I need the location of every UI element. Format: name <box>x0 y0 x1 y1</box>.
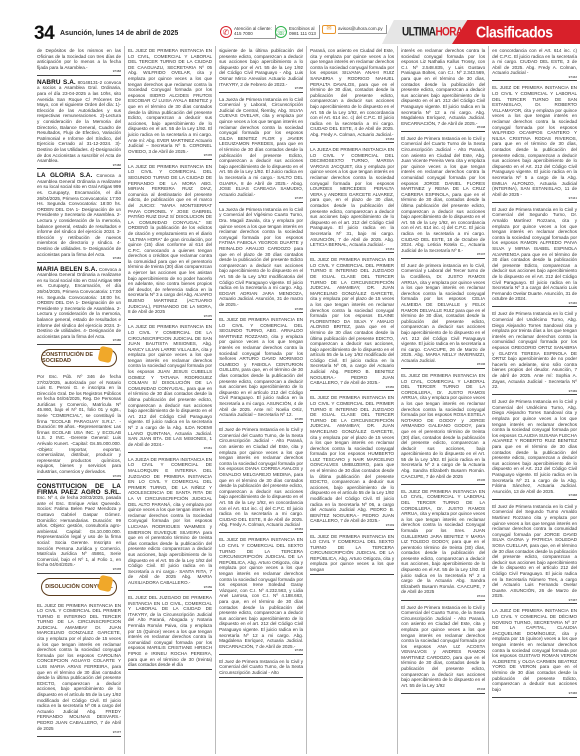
column-2: EL JUEZ DE PRIMERA INSTANCIA EN LO CIVIL… <box>125 46 216 754</box>
classified-ad: EL JUEZ DEL JUZGADO DE PRIMERA INSTANCIA… <box>128 593 212 670</box>
ad-ref: 97476 <box>128 154 212 158</box>
classified-ad: El Juez de Primera Instancia en lo Civil… <box>401 603 485 694</box>
ad-ref: 97477 <box>37 731 121 735</box>
ad-ref: 97482 <box>37 164 121 168</box>
contact-whatsapp[interactable]: ☏ Escribinos al0981 111 013 <box>275 25 320 39</box>
classified-ad: El Juez de Primera Instancia en lo Civil… <box>219 657 303 678</box>
ad-ref: 97442 <box>492 76 577 80</box>
ad-ref: 97437 <box>492 599 577 603</box>
classified-ad: LA JUEZA DE PRIMERA INSTANCIA EN LO CIVI… <box>128 455 212 591</box>
publication-date: Asunción, lunes 14 de abril de 2025 <box>60 30 178 37</box>
ad-ref: 97481 <box>37 257 121 261</box>
classified-ad: El Juez de primera instancia en lo Civil… <box>401 261 485 369</box>
ad-lead: CONSTITUCION DE LA FIRMA PAEZ AGRO S.RL. <box>37 483 121 496</box>
brand-logo: ULTIMAHORA <box>402 26 462 39</box>
ad-ref: 97438 <box>492 494 577 498</box>
ad-ref: 97441 <box>492 197 577 201</box>
classified-ad: LA JUEZ DE PRIMERA INSTANCIA EN LO CIVIL… <box>128 322 212 453</box>
contact-phone-value: 415 7000 <box>234 31 253 36</box>
column-4: Paraná, con asiento en Ciudad del Este, … <box>307 46 398 754</box>
email-icon: ✉ <box>322 25 336 34</box>
ad-ref: 97447 <box>401 253 485 257</box>
whatsapp-icon: ☏ <box>275 26 287 38</box>
ad-ref: 97446 <box>401 363 485 367</box>
classified-ad: EL JUEZ DE PRIMERA INSTANCIA EN LO CIVIL… <box>492 83 577 202</box>
classified-ad: EL JUEZ DE PRIMERA INSTANCIA EN LO CIVIL… <box>219 535 303 654</box>
classified-ad: de Depósitos de los mismos en las Oficin… <box>37 46 121 76</box>
ad-ref: 97449 <box>310 524 394 528</box>
classified-ad: interés en reclamar derechos contra la s… <box>401 46 485 132</box>
ad-ref: 97451 <box>310 248 394 252</box>
classified-ad: La Jueza de Primera Instancia en lo Civi… <box>219 95 303 203</box>
ad-ref: 97453 <box>219 649 303 653</box>
ad-ref: 97439 <box>492 390 577 394</box>
ad-ref: 97480 <box>37 339 121 343</box>
section-banner-constitucion: CONSTITUCIÓN DE SOCIEDAD <box>41 349 117 367</box>
phone-icon: ✆ <box>220 26 232 38</box>
ad-ref: 97483 <box>37 70 121 74</box>
classified-ad: EL JUEZ DE PRIMERA INSTANCIA EN LO CIVIL… <box>37 601 121 737</box>
classified-ad: El Juez de Primera Instancia en lo Civil… <box>219 425 303 533</box>
ad-ref: 97448 <box>401 126 485 130</box>
contact-email-value: avisos@uhora.com.py <box>338 26 383 31</box>
classified-ad: EL JUEZ DE PRIMERA INSTANCIA EN LO CIVIL… <box>310 532 394 575</box>
section-title: Clasificados <box>476 23 552 41</box>
section-banner-disolucion: DISOLUCIÓN CONYUGAL <box>41 578 117 596</box>
ad-ref: 97459 <box>128 586 212 590</box>
ad-ref: 97452 <box>310 138 394 142</box>
ad-ref: 97445 <box>401 479 485 483</box>
classified-ad: EL JUEZ DE PRIMERA INSTANCIA EN LO CIVIL… <box>219 315 303 423</box>
classified-ad: NABRU S.A. 80148131-2 convoca a socios a… <box>37 78 121 169</box>
classified-ad: LA JUEZ DE PRIMERA INSTANCIA EN LO CIVIL… <box>492 606 577 697</box>
ad-ref: 97478 <box>37 568 121 572</box>
ad-ref: 97479 <box>37 475 121 479</box>
ad-ref: 97457 <box>219 197 303 201</box>
column-5: interés en reclamar derechos contra la s… <box>398 46 489 754</box>
contact-whatsapp-value: 0981 111 013 <box>289 31 316 36</box>
classified-ad: EL JUEZ DE PRIMERA INSTANCIA EN LO CIVIL… <box>310 393 394 529</box>
contact-phone[interactable]: ✆ Atención al cliente:415 7000 <box>220 25 276 39</box>
ad-ref: 97455 <box>219 418 303 422</box>
classified-ad: La Jueza de Primera Instancia en lo Civi… <box>219 205 303 313</box>
classified-ad: EL JUEZ DE PRIMERA INSTANCIA EN LO CIVIL… <box>401 371 485 485</box>
classifieds-columns: de Depósitos de los mismos en las Oficin… <box>34 46 580 754</box>
page-number: 34 <box>34 23 54 45</box>
column-6: en concordancia con el Art. 614 inc. c) … <box>489 46 580 754</box>
classified-ad: LA GLORIA S.A. Convoca a Asamblea Genera… <box>37 171 121 262</box>
classified-ad: en concordancia con el Art. 614 inc. c) … <box>492 46 577 81</box>
classified-ad: EL JUEZ DE PRIMERA INSTANCIA EN LO CIVIL… <box>310 255 394 391</box>
classified-ad: EL JUEZ DE PRIMERA INSTANCIA EN LO CIVIL… <box>401 487 485 601</box>
classified-ad: El Juez de Primera Instancia en lo Civil… <box>492 309 577 395</box>
ad-ref: 97454 <box>219 528 303 532</box>
page-header: 34 Asunción, lunes 14 de abril de 2025 ✆… <box>0 0 580 44</box>
ad-ref: 97444 <box>401 595 485 599</box>
column-3: siguiente de la última publicación del p… <box>216 46 307 754</box>
classified-ad: El Juez de Primera Instancia en lo Civil… <box>401 134 485 259</box>
contact-email[interactable]: ✉ avisos@uhora.com.py <box>322 25 387 34</box>
ad-ref: 97440 <box>492 302 577 306</box>
ad-ref: 97461 <box>128 447 212 451</box>
ad-ref: 97475 <box>128 315 212 319</box>
classified-ad: LA JUEZA DE PRIMERA INSTANCIA EN LO CIVI… <box>310 145 394 253</box>
ad-ref: 97456 <box>219 308 303 312</box>
classified-ad: El Juez de Primera Instancia en lo Civil… <box>492 205 577 308</box>
classified-ad: MARIA BELEN S.A. Convoca a Asamblea Gene… <box>37 265 121 345</box>
ad-ref: 97450 <box>310 386 394 390</box>
brand-ultima: ULTIMA <box>402 26 435 39</box>
classified-ad: Por Esc. Púb. Nº 346 de fecha 27/02/2025… <box>37 372 121 480</box>
classified-ad: LA JUEZ DE PRIMERA INSTANCIA EN LO CIVIL… <box>128 162 212 321</box>
classified-ad: EL JUEZ DE PRIMERA INSTANCIA EN LO CIVIL… <box>128 46 212 160</box>
classified-ad: El Juez de Primera Instancia en lo Civil… <box>492 397 577 500</box>
classified-ad: Paraná, con asiento en Ciudad del Este, … <box>310 46 394 143</box>
ad-ref: 97443 <box>401 688 485 692</box>
classified-ad: El Juez de Primera Instancia en lo Civil… <box>492 502 577 605</box>
classified-ad: siguiente de la última publicación del p… <box>219 46 303 93</box>
column-1: de Depósitos de los mismos en las Oficin… <box>34 46 125 754</box>
classified-ad: CONSTITUCION DE LA FIRMA PAEZ AGRO S.RL.… <box>37 482 121 573</box>
ad-ref: 97436 <box>492 692 577 696</box>
ad-ref: 97458 <box>219 87 303 91</box>
